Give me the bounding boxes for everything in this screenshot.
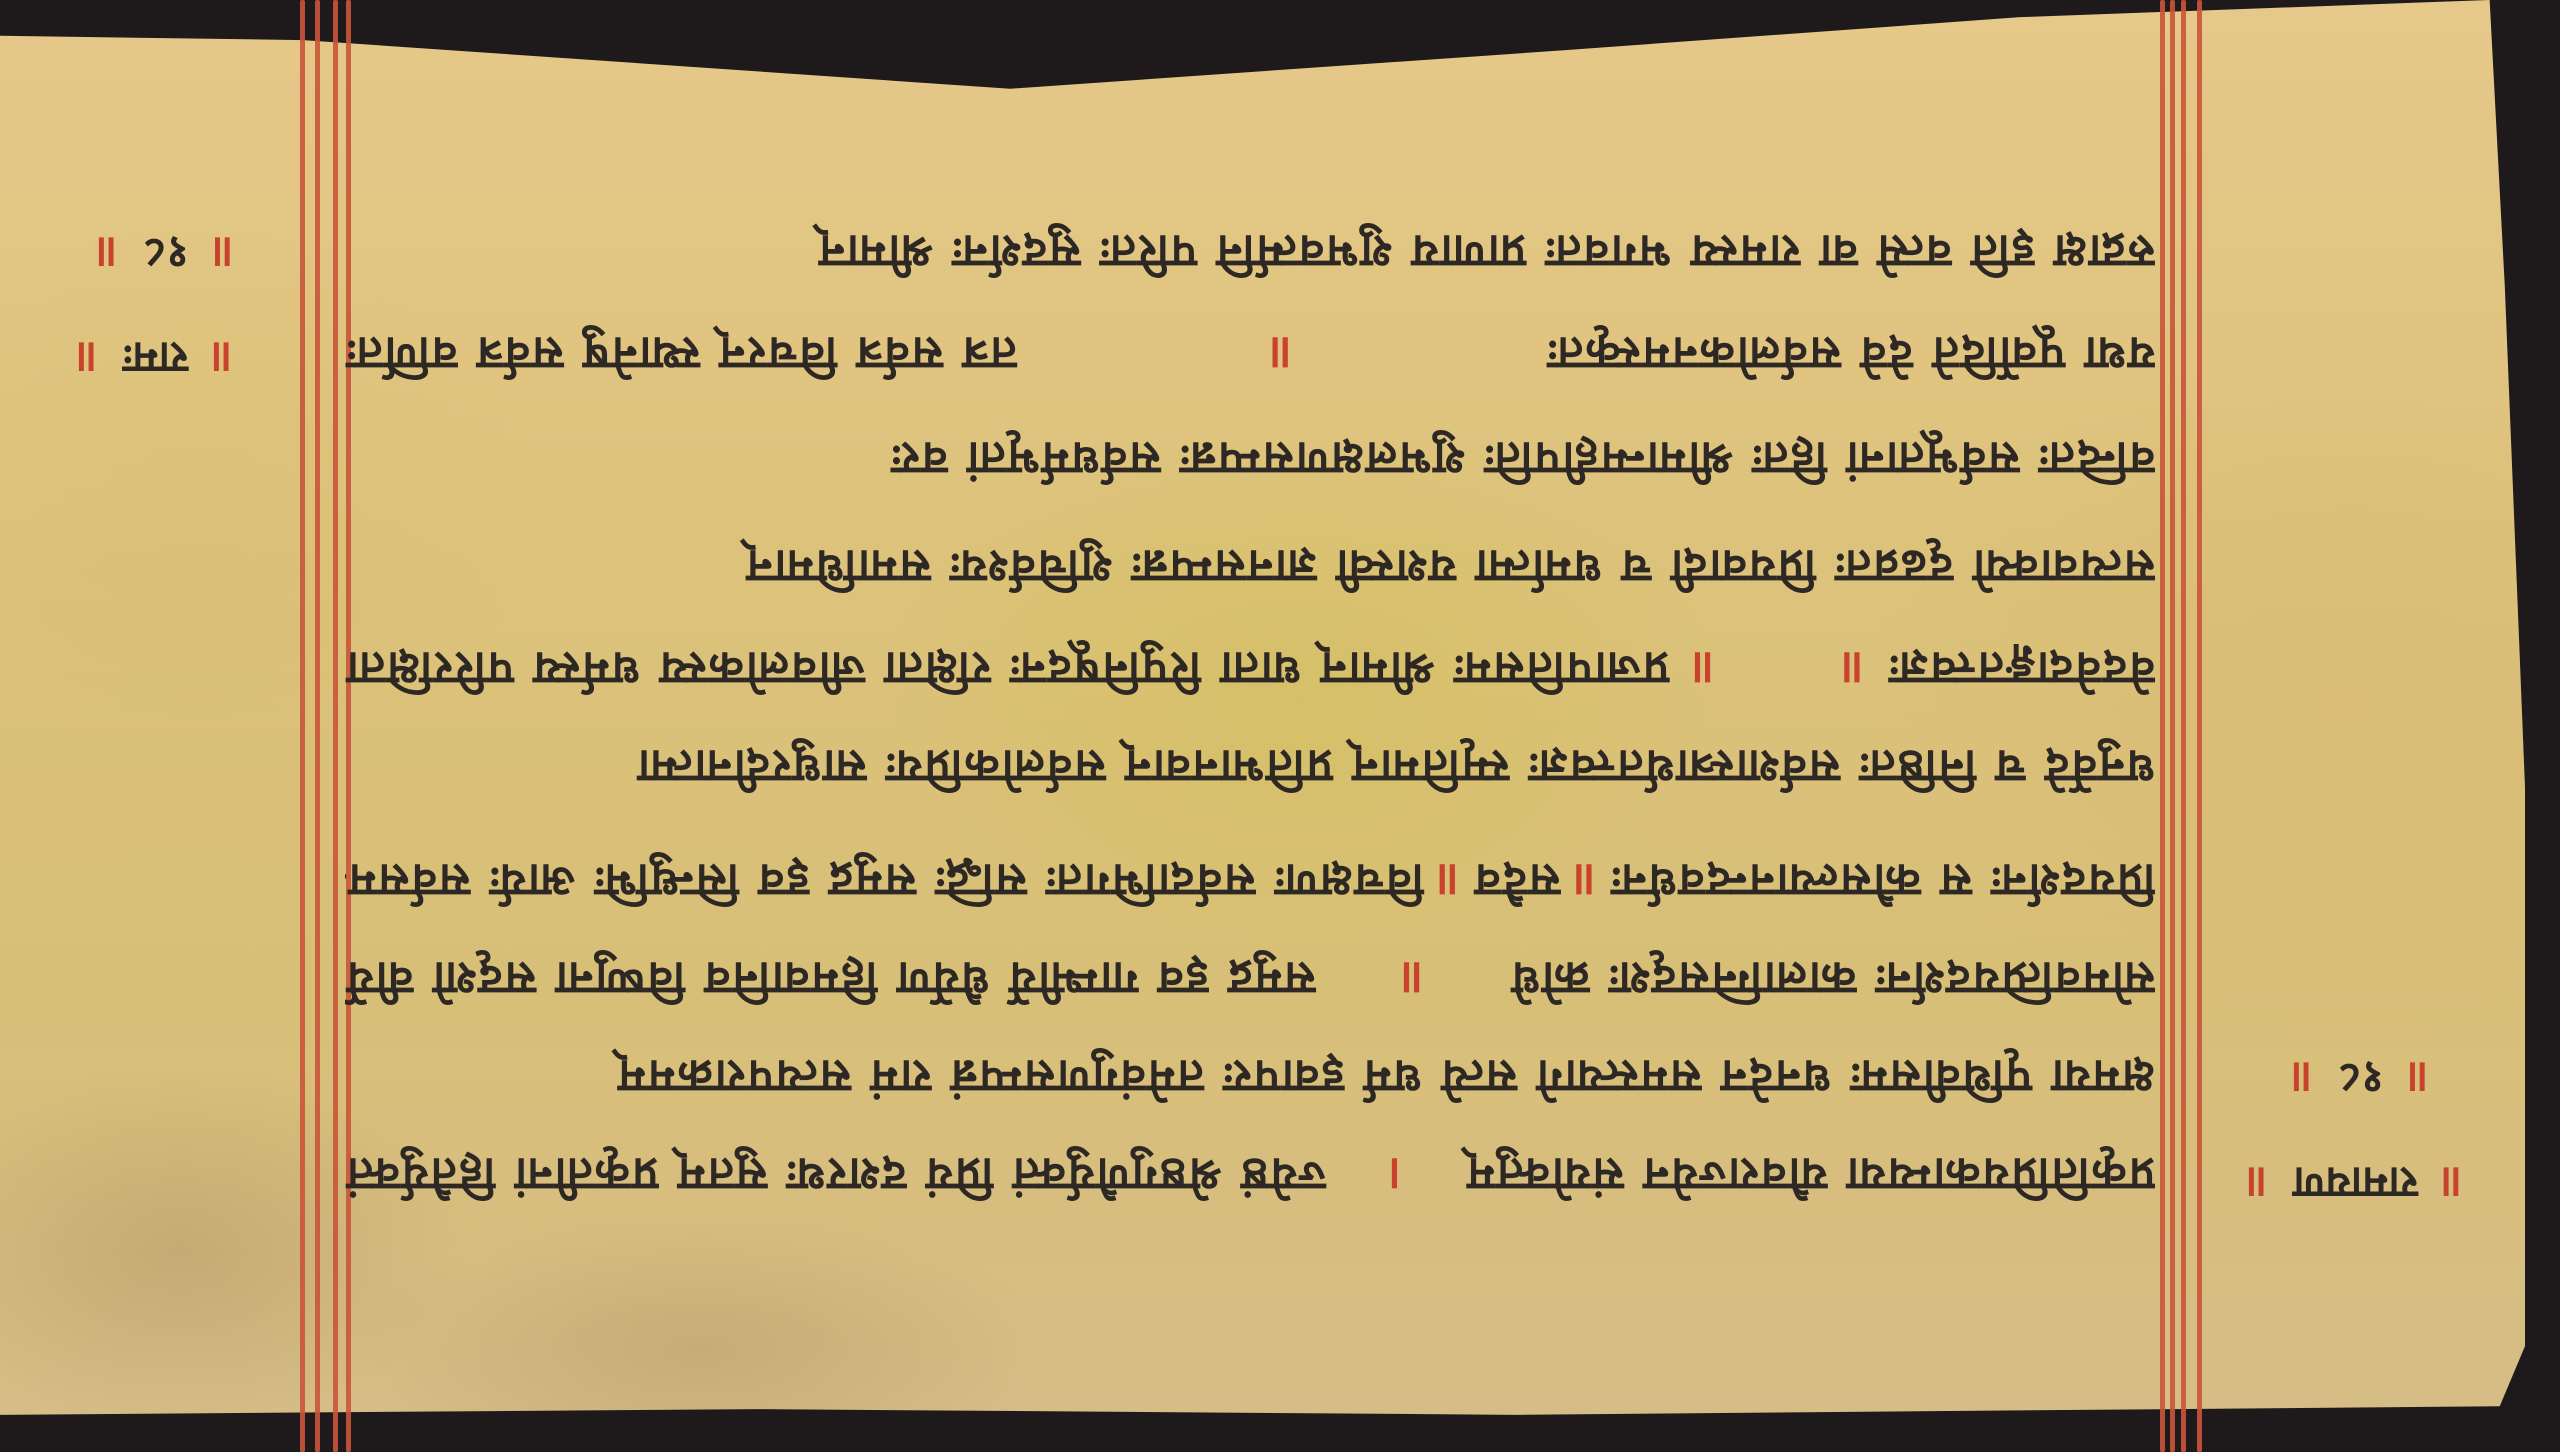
right-margin-rule [2197,0,2202,1452]
double-danda: ॥ [1424,851,1474,913]
text-line-8: सोमवत्प्रियदर्शनः कालाग्निसदृशः क्रोधे ॥… [345,945,2155,1015]
double-danda: ॥ [1388,949,1438,1011]
text-line-7: प्रियदर्शनः स कौसल्यानन्दवर्धनः ॥ सदैव ॥… [345,847,2155,917]
text-line-2: यथा पूर्वोदिते देवे सर्वलोकनमस्कृतः ॥ तत… [345,320,2155,390]
right-margin-rule [2170,0,2175,1452]
right-margin-rule [2160,0,2165,1452]
left-margin-rule [333,0,338,1452]
left-margin-rule [315,0,320,1452]
double-danda: ॥ [1256,324,1306,386]
right-folio-number: ॥ १८ ॥ [2290,1050,2432,1110]
text-line-9: क्षमया पृथिवीसमः धनदेन समस्त्यागे सत्ये … [345,1043,2155,1113]
right-margin-rule [2181,0,2186,1452]
text-line-5: वेदवेदाङ्गतत्त्वज्ञः ॥ ॥ प्रजापतिसमः श्र… [345,635,2155,705]
double-danda: ॥ [1560,851,1610,913]
left-margin-label: ॥ रामः ॥ [75,330,236,390]
right-margin-label: ॥ रामायण ॥ [2245,1155,2466,1215]
text-line-4: सत्यवाक्यो दृढव्रतः प्रियवादी च धर्मात्म… [345,533,2155,603]
double-danda: ॥ [1828,639,1878,701]
text-line-3: वन्दितः सर्वभूतानां हितः श्रीमान्महीपतिः… [345,425,2155,495]
single-danda: । [1376,1145,1415,1207]
left-folio-number: ॥ १८ ॥ [95,225,237,285]
left-margin-rule [300,0,305,1452]
double-danda: ॥ [1679,639,1729,701]
text-line-6: धनुर्वेदे च निष्ठितः सर्वशास्त्रार्थतत्त… [345,733,2155,803]
manuscript-folio [0,0,2525,1432]
text-line-10: प्रकृतिप्रियकाम्यया यौवराज्येन संयोक्तुम… [345,1141,2155,1211]
text-line-1: रुद्राक्ष इति वत्से वा रामस्य भगवतः प्रा… [345,218,2155,288]
